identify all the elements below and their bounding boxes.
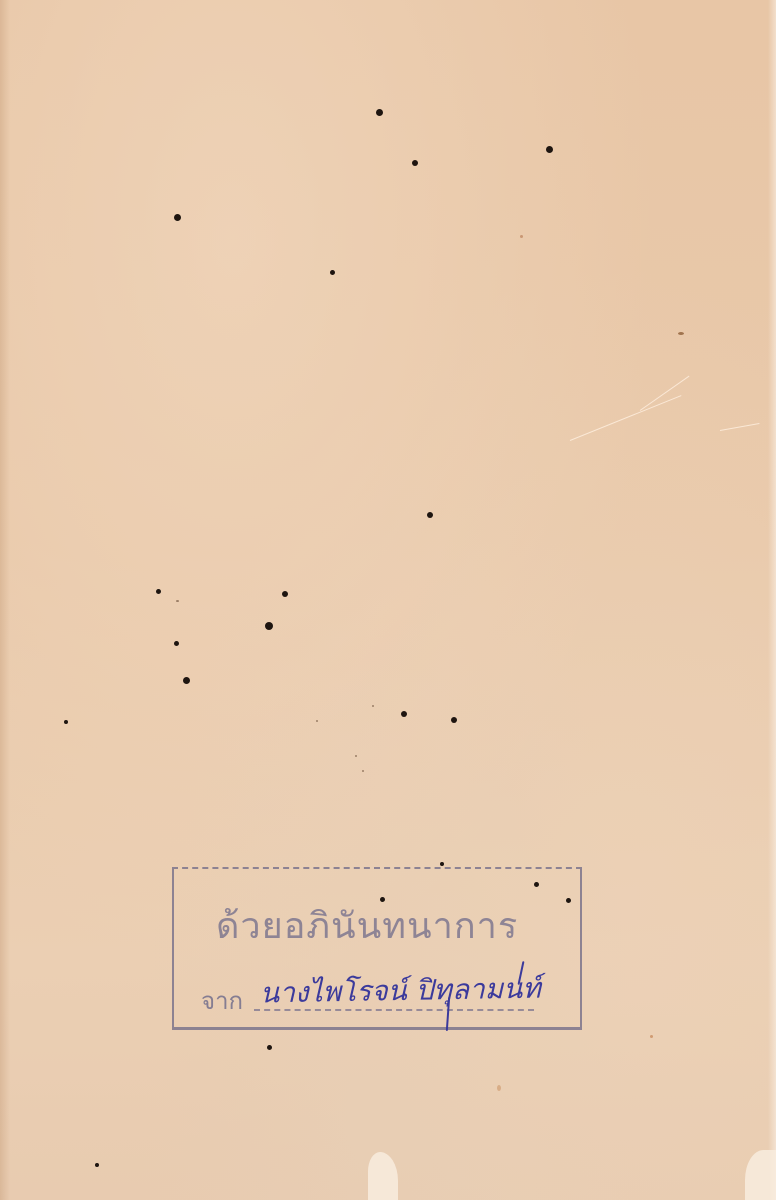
worm-hole: [451, 717, 457, 723]
page-edge-highlight: [768, 0, 776, 1200]
worm-hole: [330, 270, 335, 275]
worm-hole: [376, 109, 383, 116]
worm-hole: [174, 641, 179, 646]
document-page: ด้วยอภินันทนาการ จาก นางไพโรจน์ ปิทุลามน…: [0, 0, 776, 1200]
paper-speck: [355, 755, 357, 757]
paper-crease: [720, 423, 760, 431]
paper-tear: [368, 1152, 398, 1200]
page-edge-shadow: [0, 0, 10, 1200]
paper-crease: [640, 376, 690, 411]
paper-speck: [372, 705, 374, 707]
worm-hole: [95, 1163, 99, 1167]
worm-hole: [156, 589, 161, 594]
paper-crease: [570, 395, 682, 441]
stamp-from-label: จาก: [201, 981, 243, 1020]
compliments-stamp: ด้วยอภินันทนาการ จาก นางไพโรจน์ ปิทุลามน…: [172, 867, 582, 1030]
worm-hole: [412, 160, 418, 166]
paper-speck: [362, 770, 364, 772]
worm-hole: [401, 711, 407, 717]
stamp-title: ด้วยอภินันทนาการ: [216, 897, 518, 954]
paper-speck: [316, 720, 318, 722]
paper-tear: [745, 1150, 776, 1200]
worm-hole: [174, 214, 181, 221]
worm-hole: [64, 720, 68, 724]
worm-hole: [546, 146, 553, 153]
worm-hole: [440, 862, 444, 866]
paper-speck: [497, 1085, 501, 1091]
worm-hole: [265, 622, 273, 630]
worm-hole: [427, 512, 433, 518]
handwritten-donor-name: นางไพโรจน์ ปิทุลามนท์: [260, 967, 541, 1016]
paper-speck: [520, 235, 523, 238]
paper-speck: [650, 1035, 653, 1038]
worm-hole: [183, 677, 190, 684]
paper-speck: [176, 600, 179, 602]
paper-speck: [678, 332, 684, 335]
worm-hole: [282, 591, 288, 597]
worm-hole: [267, 1045, 272, 1050]
